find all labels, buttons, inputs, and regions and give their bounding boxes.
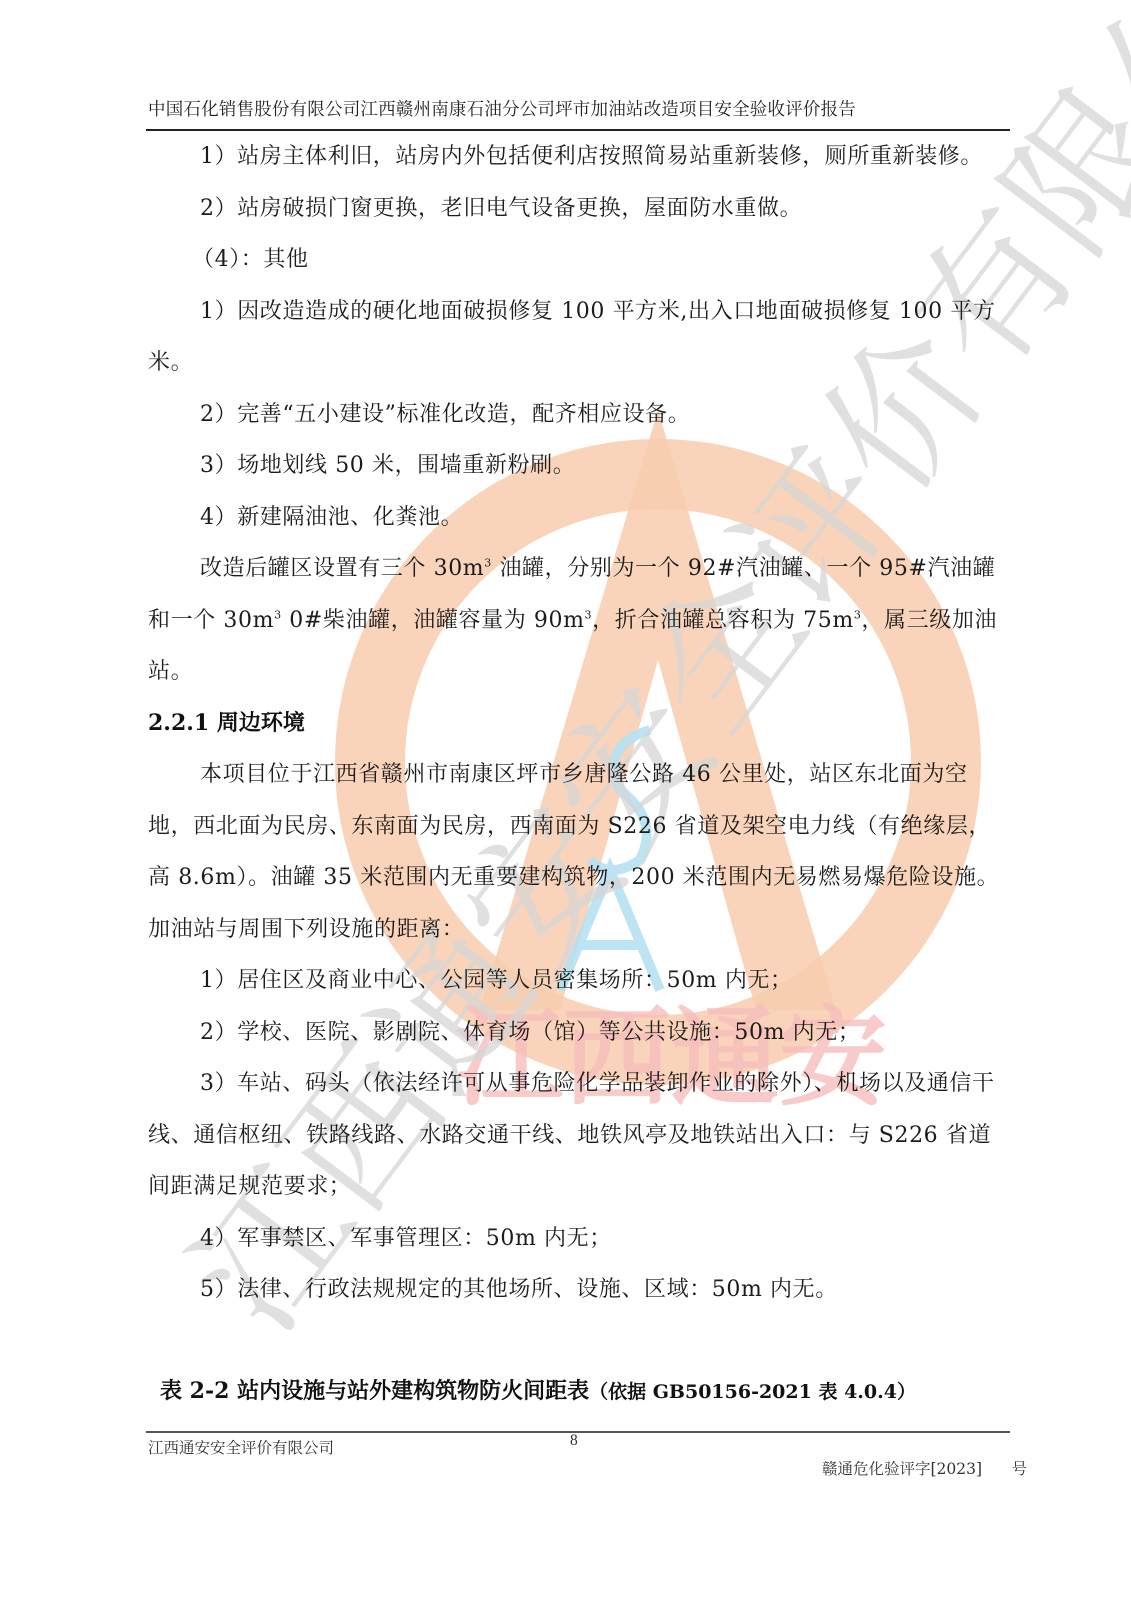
- tank-paragraph: 改造后罐区设置有三个 30m3 油罐，分别为一个 92#汽油罐、一个 95#汽油…: [148, 543, 1010, 698]
- paragraph: 3）场地划线 50 米，围墙重新粉刷。: [148, 440, 1010, 492]
- page-header: 中国石化销售股份有限公司江西赣州南康石油分公司坪市加油站改造项目安全验收评价报告: [148, 96, 1010, 121]
- paragraph: 1）站房主体利旧，站房内外包括便利店按照简易站重新装修，厕所重新装修。: [148, 131, 1010, 183]
- list-item: 4）军事禁区、军事管理区：50m 内无；: [148, 1213, 1010, 1265]
- text-span: ，折合油罐总容积为 75m: [592, 608, 854, 633]
- superscript: 3: [585, 608, 593, 621]
- superscript: 3: [274, 608, 282, 621]
- paragraph: 4）新建隔油池、化粪池。: [148, 492, 1010, 544]
- text-span: 改造后罐区设置有三个 30m: [200, 556, 484, 581]
- document-body: 1）站房主体利旧，站房内外包括便利店按照简易站重新装修，厕所重新装修。 2）站房…: [148, 131, 1010, 1316]
- paragraph: 1）因改造造成的硬化地面破损修复 100 平方米,出入口地面破损修复 100 平…: [148, 286, 1010, 389]
- footer-divider: [146, 1431, 1010, 1433]
- text-span: 0#柴油罐，油罐容量为 90m: [282, 608, 585, 633]
- list-item: 3）车站、码头（依法经许可从事危险化学品装卸作业的除外）、机场以及通信干线、通信…: [148, 1058, 1010, 1213]
- section-heading: 2.2.1 周边环境: [148, 698, 1010, 750]
- table-caption-main: 表 2-2 站内设施与站外建构筑物防火间距表: [160, 1378, 589, 1404]
- list-item: 1）居住区及商业中心、公园等人员密集场所：50m 内无；: [148, 955, 1010, 1007]
- paragraph: 本项目位于江西省赣州市南康区坪市乡唐隆公路 46 公里处，站区东北面为空地，西北…: [148, 749, 1010, 955]
- paragraph: 2）站房破损门窗更换，老旧电气设备更换，屋面防水重做。: [148, 183, 1010, 235]
- page-number: 8: [570, 1432, 578, 1450]
- list-item: 2）学校、医院、影剧院、体育场（馆）等公共设施：50m 内无；: [148, 1007, 1010, 1059]
- superscript: 3: [484, 557, 492, 570]
- document-number: 赣通危化验评字[2023] 号: [822, 1457, 1027, 1479]
- table-caption: 表 2-2 站内设施与站外建构筑物防火间距表（依据 GB50156-2021 表…: [160, 1374, 1010, 1405]
- subsection-label: （4）：其他: [148, 234, 1010, 286]
- table-caption-basis: （依据 GB50156-2021 表 4.0.4）: [589, 1381, 916, 1403]
- paragraph: 2）完善“五小建设”标准化改造，配齐相应设备。: [148, 389, 1010, 441]
- footer-company: 江西通安安全评价有限公司: [148, 1436, 334, 1458]
- list-item: 5）法律、行政法规规定的其他场所、设施、区域：50m 内无。: [148, 1264, 1010, 1316]
